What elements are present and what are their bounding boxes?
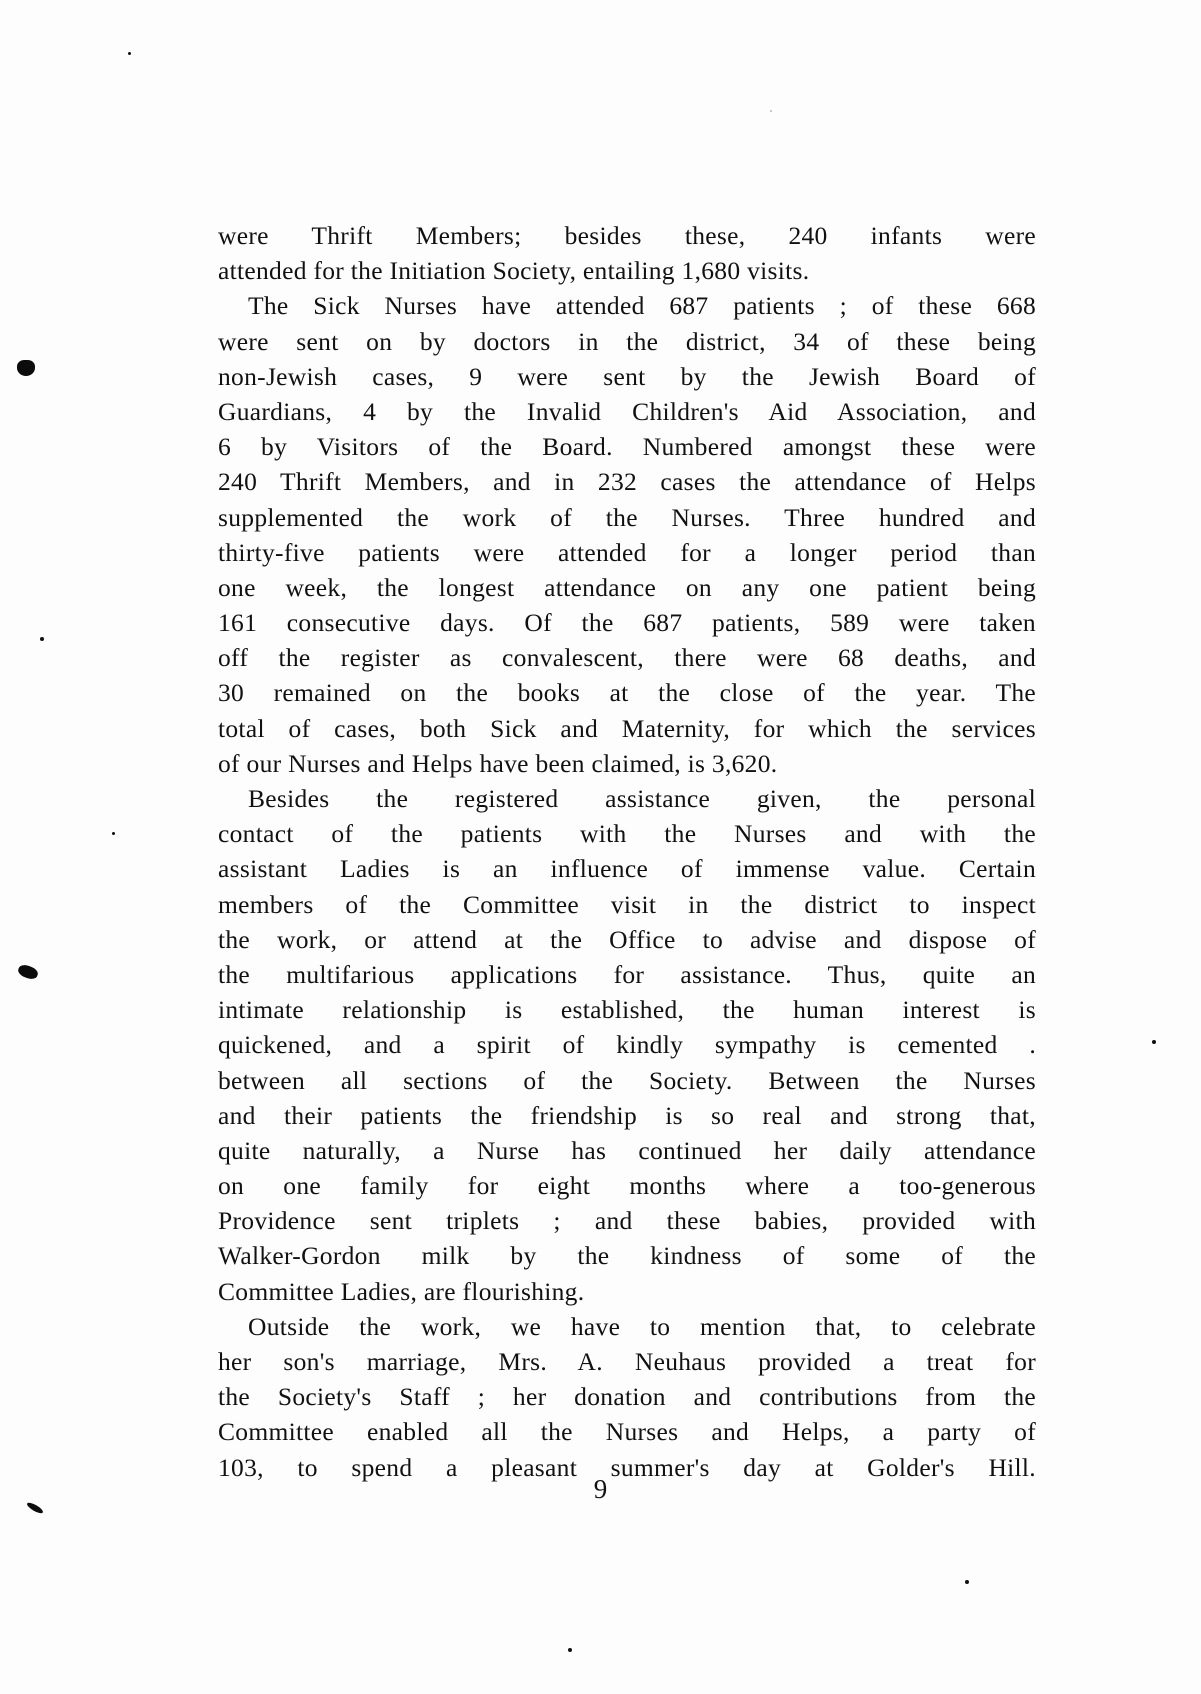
text-line: on one family for eight months where a t… (218, 1168, 1036, 1203)
dust-speck (770, 110, 772, 112)
text-line: between all sections of the Society. Bet… (218, 1063, 1036, 1098)
text-line: Committee Ladies, are flourishing. (218, 1274, 1036, 1309)
text-line: her son's marriage, Mrs. A. Neuhaus prov… (218, 1344, 1036, 1379)
text-line: 6 by Visitors of the Board. Numbered amo… (218, 429, 1036, 464)
text-line: 240 Thrift Members, and in 232 cases the… (218, 464, 1036, 499)
text-line: Guardians, 4 by the Invalid Children's A… (218, 394, 1036, 429)
text-line: the work, or attend at the Office to adv… (218, 922, 1036, 957)
dust-speck (128, 52, 131, 55)
text-line: were Thrift Members; besides these, 240 … (218, 218, 1036, 253)
text-line: the Society's Staff ; her donation and c… (218, 1379, 1036, 1414)
text-line: one week, the longest attendance on any … (218, 570, 1036, 605)
text-line: quite naturally, a Nurse has continued h… (218, 1133, 1036, 1168)
text-line: Walker-Gordon milk by the kindness of so… (218, 1238, 1036, 1273)
text-line: 161 consecutive days. Of the 687 patient… (218, 605, 1036, 640)
text-line: attended for the Initiation Society, ent… (218, 253, 1036, 288)
page-number: 9 (0, 1474, 1201, 1505)
text-line: quickened, and a spirit of kindly sympat… (218, 1027, 1036, 1062)
dust-speck (568, 1648, 572, 1652)
text-line: supplemented the work of the Nurses. Thr… (218, 500, 1036, 535)
paragraph-start-line: Besides the registered assistance given,… (218, 781, 1036, 816)
body-text: were Thrift Members; besides these, 240 … (218, 218, 1036, 1485)
paragraph-start-line: Outside the work, we have to mention tha… (218, 1309, 1036, 1344)
dust-speck (112, 832, 115, 835)
text-line: of our Nurses and Helps have been claime… (218, 746, 1036, 781)
text-line: were sent on by doctors in the district,… (218, 324, 1036, 359)
text-line: non-Jewish cases, 9 were sent by the Jew… (218, 359, 1036, 394)
text-line: thirty-five patients were attended for a… (218, 535, 1036, 570)
text-line: off the register as convalescent, there … (218, 640, 1036, 675)
dust-speck (1152, 1040, 1156, 1044)
text-line: intimate relationship is established, th… (218, 992, 1036, 1027)
text-line: 30 remained on the books at the close of… (218, 675, 1036, 710)
text-line: Providence sent triplets ; and these bab… (218, 1203, 1036, 1238)
text-line: the multifarious applications for assist… (218, 957, 1036, 992)
text-line: total of cases, both Sick and Maternity,… (218, 711, 1036, 746)
text-line: members of the Committee visit in the di… (218, 887, 1036, 922)
text-line: and their patients the friendship is so … (218, 1098, 1036, 1133)
dust-speck (40, 637, 44, 641)
text-line: Committee enabled all the Nurses and Hel… (218, 1414, 1036, 1449)
text-line: contact of the patients with the Nurses … (218, 816, 1036, 851)
dust-speck (965, 1580, 969, 1584)
margin-blot-mark (17, 963, 40, 981)
margin-blot-mark (17, 360, 35, 376)
paragraph-start-line: The Sick Nurses have attended 687 patien… (218, 288, 1036, 323)
scanned-page: were Thrift Members; besides these, 240 … (0, 0, 1201, 1694)
text-line: assistant Ladies is an influence of imme… (218, 851, 1036, 886)
